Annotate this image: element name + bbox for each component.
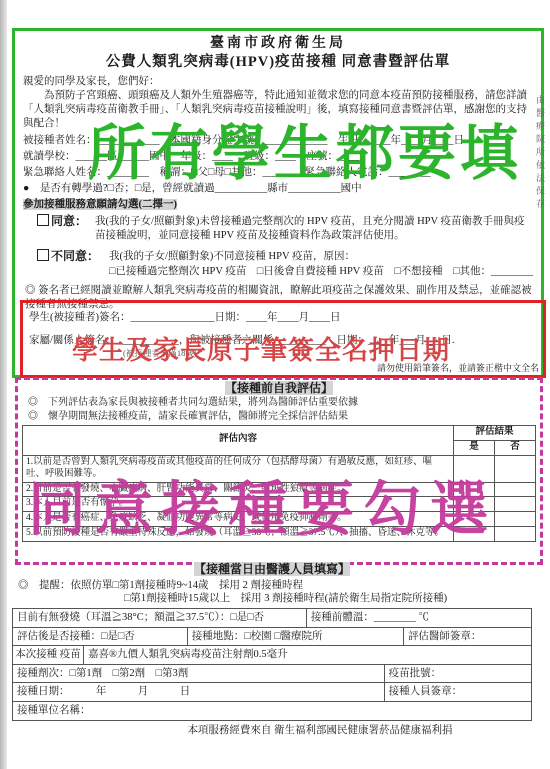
info-row-name-id-birth: 被接種者姓名：____________ 本國籍身分證字號：___________… <box>23 134 533 148</box>
info-row-transfer: ● 是否有轉學過?□否；□是，曾經就讀過__________縣市________… <box>23 182 533 196</box>
assessment-row: 1.以前是否曾對人類乳突病毒疫苗或其他疫苗的任何成分（包括酵母菌）有過敏反應，如… <box>23 455 536 482</box>
assessment-no-cell-5 <box>495 527 536 542</box>
family-signature-line: 家屬/關係人簽名：____________，與被接種者之關係__________… <box>29 332 537 347</box>
assessment-row: 5.以前預防接種是否有嚴重特殊反應，如發燒（耳溫≧38℃；額溫≧37.5℃）、抽… <box>23 527 536 542</box>
consent-section-heading: 參加接種服務意願請勾選(二擇一) <box>23 199 177 210</box>
side-retention-note: 由醫療院所依法保存 <box>534 95 547 212</box>
info-row-school: 就讀學校：______區______國中 年級：____ 班級：____ 座號：… <box>23 150 533 164</box>
day-row-vaccine: 本次接種 疫苗 嘉喜®九價人類乳突病毒疫苗注射劑0.5毫升 <box>13 646 531 665</box>
assessment-no-cell-3 <box>495 497 536 512</box>
disagree-checkbox <box>37 249 49 261</box>
self-assessment-title: 【接種前自我評估】 <box>225 381 333 395</box>
student-signature-line: 學生(被接種者)簽名：________________日期：____年____月… <box>29 309 537 324</box>
assessment-col-no: 否 <box>495 440 536 455</box>
assessment-yes-cell-2 <box>454 482 495 497</box>
schedule-reminder-2: □第1劑接種時15歲以上 採用 3 劑接種時程(請於衛生局指定院所接種) <box>124 592 532 606</box>
self-assessment-note-2: ◎ 懷孕期間無法接種疫苗，請家長確實評估，醫師將完全採信評估結果 <box>28 411 536 424</box>
vaccination-unit-field: 接種單位名稱： <box>13 702 531 720</box>
pre-vaccination-temperature: 接種前體溫：________ ℃ <box>307 609 531 627</box>
assessment-no-cell-1 <box>495 455 536 482</box>
assessment-item-4: 4.本人是否有癌症、免疫缺乏、凝血功能異常等病史，或使用免疫抑制劑等。 <box>23 512 454 527</box>
assessment-row: 4.本人是否有癌症、免疫缺乏、凝血功能異常等病史，或使用免疫抑制劑等。 <box>23 512 536 527</box>
agency-name: 臺南市政府衛生局 <box>23 35 533 53</box>
vaccination-date-field: 接種日期： 年 月 日 <box>13 683 385 701</box>
self-assessment-note-1: ◎ 下列評估表為家長與被接種者共同勾選結果，將列為醫師評估重要依據 <box>28 397 536 410</box>
assessment-row: 2.目前是否有發燒、心臟疾病、肝腎功能異常、關節炎、紅斑性狼瘡等病症。 <box>23 482 536 497</box>
vaccine-label: 本次接種 疫苗 <box>13 646 84 664</box>
day-row-dose: 接種劑次：□第1劑 □第2劑 □第3劑 疫苗批號： <box>13 665 531 684</box>
day-row-fever: 目前有無發燒（耳溫≧38°C；額溫≧37.5℃）：□是□否 接種前體溫：____… <box>13 609 531 628</box>
assessment-no-cell-4 <box>495 512 536 527</box>
assess-result-field: 評估後是否接種：□是□否 <box>13 628 188 646</box>
info-row-emergency-contact: 緊急聯絡人姓名：________ 稱謂：□父□母□其他：______ 緊急聯絡人… <box>23 166 533 180</box>
day-of-vaccination-section: 【接種當日由醫護人員填寫】 ◎ 提醒：依照仿單□第1劑接種時9~14歲 採用 2… <box>12 562 532 721</box>
assessment-col-content: 評估內容 <box>23 426 454 456</box>
dose-number-field: 接種劑次：□第1劑 □第2劑 □第3劑 <box>13 665 385 683</box>
assessment-no-cell-2 <box>495 482 536 497</box>
assessment-col-yes: 是 <box>454 440 495 455</box>
assessment-col-result: 評估結果 <box>454 426 536 441</box>
self-assessment-dashed-box: 【接種前自我評估】 ◎ 下列評估表為家長與被接種者共同勾選結果，將列為醫師評估重… <box>15 377 543 565</box>
day-row-unit: 接種單位名稱： <box>13 702 531 721</box>
day-row-assessment: 評估後是否接種：□是□否 接種地點：□校園 □醫療院所 評估醫師簽章： <box>13 628 531 647</box>
assessment-item-1: 1.以前是否曾對人類乳突病毒疫苗或其他疫苗的任何成分（包括酵母菌）有過敏反應，如… <box>23 455 454 482</box>
agree-label: 同意： <box>51 214 87 228</box>
assessment-yes-cell-3 <box>454 497 495 512</box>
doctor-signature-field: 評估醫師簽章： <box>404 628 531 646</box>
assessment-row: 3.本人目前是否有懷孕。 <box>23 497 536 512</box>
agree-checkbox <box>37 214 49 226</box>
pen-requirement-note: 請勿使用鉛筆簽名，並請簽正楷中文全名 <box>377 361 539 374</box>
funding-footer: 本項服務經費來自 衛生福利部國民健康署菸品健康福利捐 <box>0 722 550 737</box>
schedule-reminder-1: ◎ 提醒：依照仿單□第1劑接種時9~14歲 採用 2 劑接種時程 <box>18 579 532 593</box>
assessment-item-3: 3.本人目前是否有懷孕。 <box>23 497 454 512</box>
vaccine-lot-field: 疫苗批號： <box>385 665 531 683</box>
day-row-date: 接種日期： 年 月 日 接種人員簽章： <box>13 683 531 702</box>
disagree-options: □已接種過完整劑次 HPV 疫苗 □日後會自費接種 HPV 疫苗 □不想接種 □… <box>109 265 533 279</box>
disagree-label: 不同意： <box>51 249 99 263</box>
fever-question: 目前有無發燒（耳溫≧38°C；額溫≧37.5℃）：□是□否 <box>13 609 307 627</box>
intro-paragraph: 為預防子宮頸癌、頭頸癌及人類外生殖器癌等，特此通知並徵求您的同意本疫苗預防接種服… <box>23 89 533 131</box>
day-table: 目前有無發燒（耳溫≧38°C；額溫≧37.5℃）：□是□否 接種前體溫：____… <box>12 608 532 721</box>
assessment-item-5: 5.以前預防接種是否有嚴重特殊反應，如發燒（耳溫≧38℃；額溫≧37.5℃）、抽… <box>23 527 454 542</box>
agree-block: 同意： 我(我的子女/照顧對象)未曾接種過完整劑次的 HPV 疫苗，且充分閱讀 … <box>37 214 533 243</box>
vaccination-location-field: 接種地點：□校園 □醫療院所 <box>188 628 404 646</box>
disagree-block: 不同意： 我(我的子女/照顧對象)不同意接種 HPV 疫苗，原因： □已接種過完… <box>37 249 533 279</box>
assessment-item-2: 2.目前是否有發燒、心臟疾病、肝腎功能異常、關節炎、紅斑性狼瘡等病症。 <box>23 482 454 497</box>
vaccine-name: 嘉喜®九價人類乳突病毒疫苗注射劑0.5毫升 <box>84 646 531 664</box>
greeting-line: 親愛的同學及家長，您們好： <box>23 75 533 89</box>
assessment-yes-cell-5 <box>454 527 495 542</box>
assessment-table: 評估內容 評估結果 是 否 1.以前是否曾對人類乳突病毒疫苗或其他疫苗的任何成分… <box>22 425 536 542</box>
disagree-text: 我(我的子女/照顧對象)不同意接種 HPV 疫苗，原因： <box>109 250 533 264</box>
signature-red-box: 學生(被接種者)簽名：________________日期：____年____月… <box>20 300 546 378</box>
assessment-yes-cell-4 <box>454 512 495 527</box>
assessment-yes-cell-1 <box>454 455 495 482</box>
scan-edge-shadow <box>0 0 7 769</box>
agree-text: 我(我的子女/照顧對象)未曾接種過完整劑次的 HPV 疫苗，且充分閱讀 HPV … <box>95 215 533 243</box>
day-section-title: 【接種當日由醫護人員填寫】 <box>194 562 350 576</box>
family-signature-note: (被接種者未滿18歲) <box>123 347 197 359</box>
staff-signature-field: 接種人員簽章： <box>385 683 531 701</box>
form-title: 公費人類乳突病毒(HPV)疫苗接種 同意書暨評估單 <box>23 53 533 72</box>
